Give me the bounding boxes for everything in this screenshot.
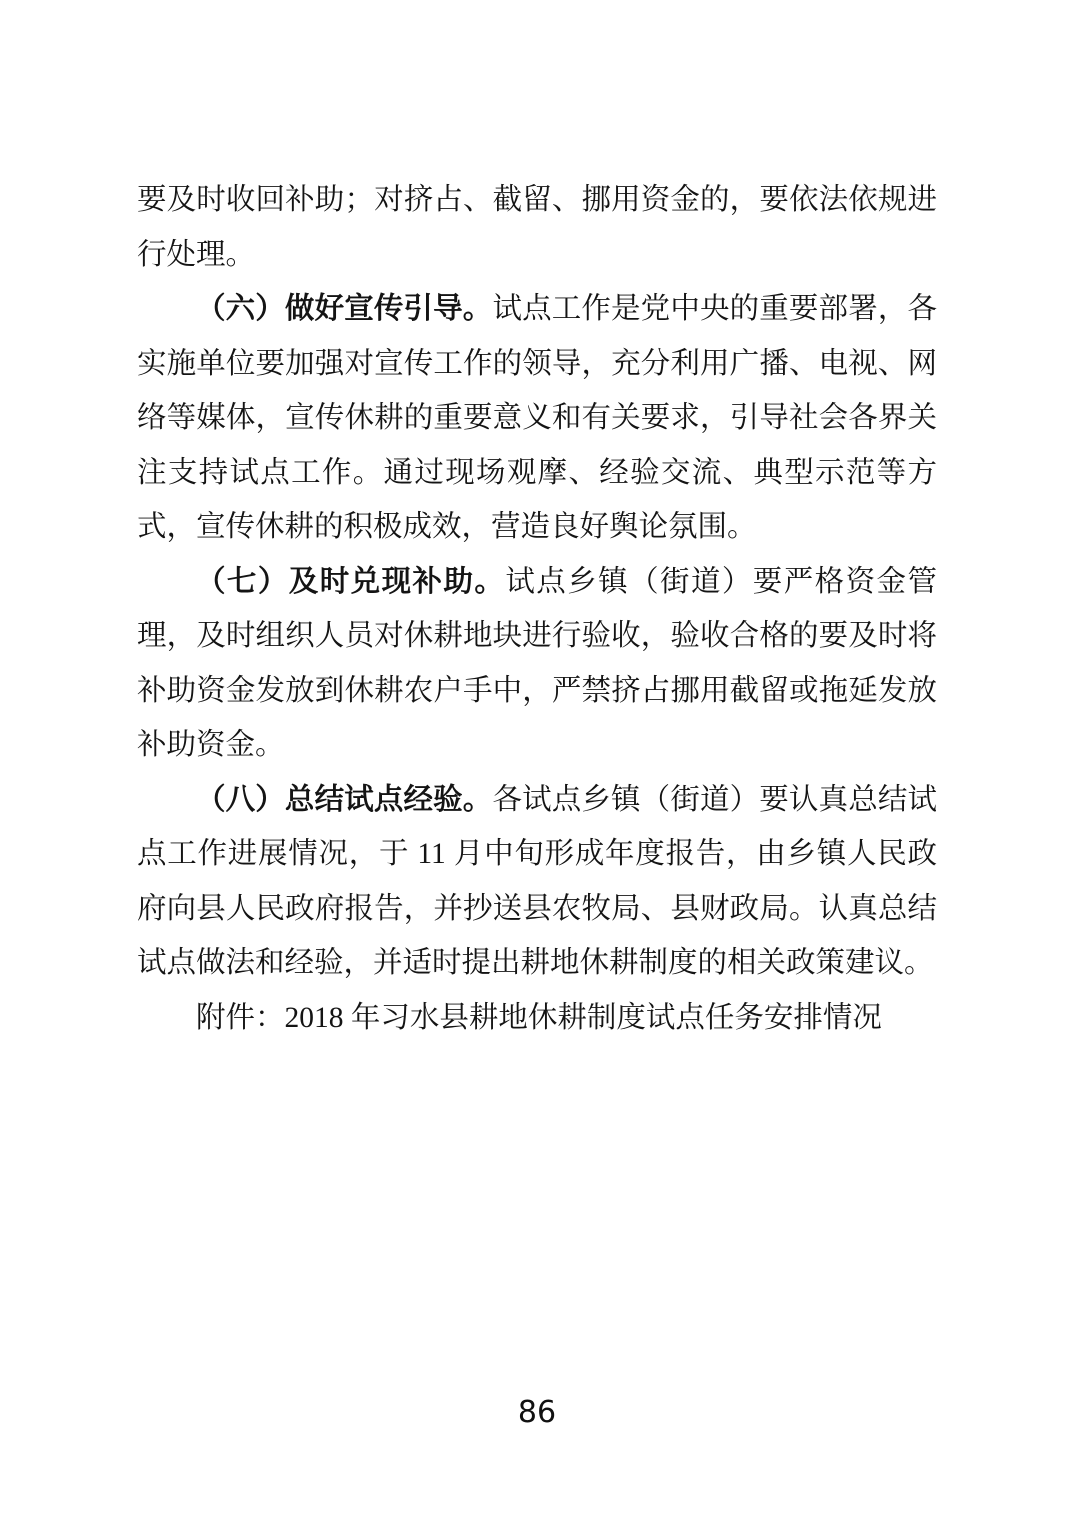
paragraph-attachment: 附件：2018 年习水县耕地休耕制度试点任务安排情况 [137,991,937,1046]
section-heading: （六）做好宣传引导。 [196,293,492,325]
paragraph-continuation: 要及时收回补助；对挤占、截留、挪用资金的，要依法依规进行处理。 [137,173,937,282]
paragraph-text: 附件：2018 年习水县耕地休耕制度试点任务安排情况 [196,1002,882,1034]
paragraph-section-6: （六）做好宣传引导。试点工作是党中央的重要部署，各实施单位要加强对宣传工作的领导… [137,282,937,555]
section-heading: （八）总结试点经验。 [196,784,492,816]
paragraph-section-7: （七）及时兑现补助。试点乡镇（街道）要严格资金管理，及时组织人员对休耕地块进行验… [137,555,937,773]
section-heading: （七）及时兑现补助。 [196,566,505,598]
document-page: 要及时收回补助；对挤占、截留、挪用资金的，要依法依规进行处理。（六）做好宣传引导… [0,0,1074,1520]
paragraph-text: 要及时收回补助；对挤占、截留、挪用资金的，要依法依规进行处理。 [137,184,937,271]
page-number: 86 [0,1395,1074,1431]
document-body: 要及时收回补助；对挤占、截留、挪用资金的，要依法依规进行处理。（六）做好宣传引导… [137,173,937,1045]
paragraph-text: 试点工作是党中央的重要部署，各实施单位要加强对宣传工作的领导，充分利用广播、电视… [137,293,937,543]
paragraph-section-8: （八）总结试点经验。各试点乡镇（街道）要认真总结试点工作进展情况，于 11 月中… [137,773,937,991]
